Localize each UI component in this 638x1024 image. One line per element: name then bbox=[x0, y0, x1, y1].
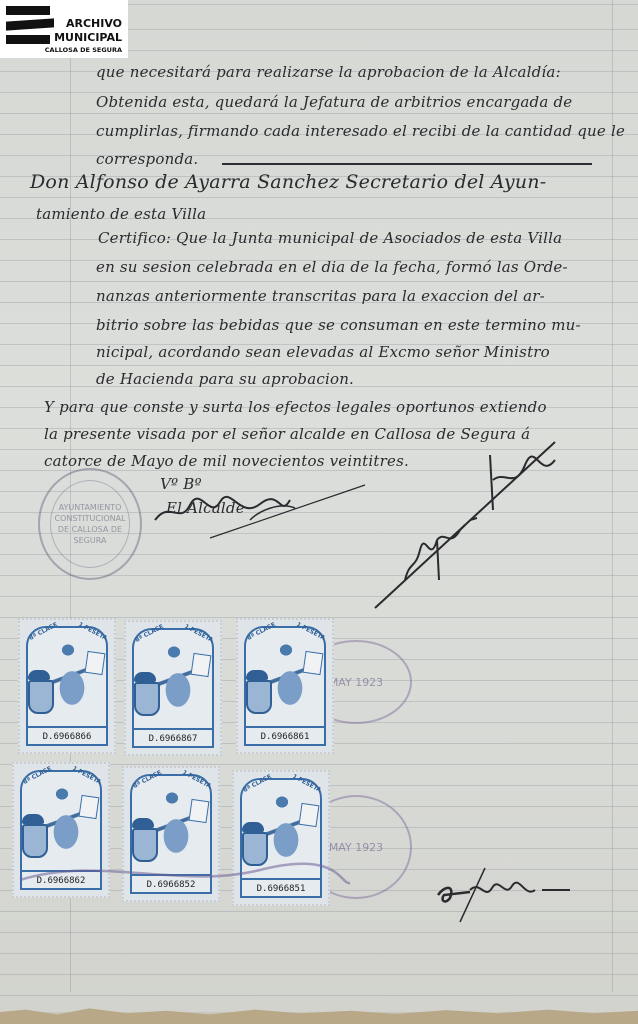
postmark-text: MAY 1923 bbox=[329, 676, 383, 689]
bottom-signature-icon bbox=[430, 860, 580, 925]
book-icon bbox=[189, 799, 210, 823]
municipal-seal: AYUNTAMIENTO CONSTITUCIONAL DE CALLOSA D… bbox=[38, 468, 142, 580]
mayor-signature-icon bbox=[150, 480, 370, 550]
coat-of-arms-icon bbox=[246, 680, 272, 714]
logo-subtitle: CALLOSA DE SEGURA bbox=[45, 46, 122, 54]
logo-bar-icon bbox=[6, 18, 54, 30]
book-icon bbox=[191, 653, 212, 677]
text-line: Obtenida esta, quedará la Jefatura de ar… bbox=[96, 92, 572, 113]
coat-of-arms-icon bbox=[22, 824, 48, 858]
book-icon bbox=[303, 651, 324, 675]
coat-of-arms-icon bbox=[28, 680, 54, 714]
stamp-serial: D.6966866 bbox=[26, 726, 108, 746]
crown-icon bbox=[134, 672, 156, 682]
logo-title-archivo: ARCHIVO bbox=[66, 17, 122, 30]
certify-line: de Hacienda para su aprobacion. bbox=[96, 369, 354, 390]
logo-bar-icon bbox=[6, 35, 50, 44]
stamp-serial: D.6966861 bbox=[244, 726, 326, 746]
text-line: que necesitará para realizarse la aproba… bbox=[96, 62, 561, 83]
crown-icon bbox=[28, 670, 50, 680]
book-icon bbox=[79, 795, 100, 819]
heading-line: Don Alfonso de Ayarra Sanchez Secretario… bbox=[30, 172, 546, 193]
cancel-stroke-icon bbox=[20, 855, 350, 895]
certify-line: nanzas anteriormente transcritas para la… bbox=[96, 286, 545, 307]
archive-logo: ARCHIVO MUNICIPAL CALLOSA DE SEGURA bbox=[0, 0, 128, 58]
fiscal-stamp: 8ª CLASE 1 PESETA D.6966867 bbox=[124, 620, 222, 756]
logo-title-municipal: MUNICIPAL bbox=[54, 31, 122, 44]
book-icon bbox=[299, 803, 320, 827]
closing-line: Y para que conste y surta los efectos le… bbox=[44, 397, 547, 418]
crown-icon bbox=[242, 822, 264, 832]
crown-icon bbox=[132, 818, 154, 828]
crown-icon bbox=[246, 670, 268, 680]
logo-bar-icon bbox=[6, 6, 50, 15]
secretary-signature-icon bbox=[365, 430, 565, 615]
coat-of-arms-icon bbox=[134, 682, 160, 716]
crown-icon bbox=[22, 814, 44, 824]
postmark-text: MAY 1923 bbox=[329, 841, 383, 854]
margin-rule bbox=[612, 0, 613, 992]
certify-line: nicipal, acordando sean elevadas al Excm… bbox=[96, 342, 550, 363]
certify-line: en su sesion celebrada en el dia de la f… bbox=[96, 257, 568, 278]
certify-line: bitrio sobre las bebidas que se consuman… bbox=[96, 315, 581, 336]
seal-text: AYUNTAMIENTO CONSTITUCIONAL DE CALLOSA D… bbox=[50, 502, 130, 546]
certify-line: Certifico: Que la Junta municipal de Aso… bbox=[98, 228, 562, 249]
book-icon bbox=[85, 651, 106, 675]
text-line: corresponda. bbox=[96, 149, 198, 170]
fiscal-stamp: 8ª CLASE 1 PESETA D.6966861 bbox=[236, 618, 334, 754]
heading-line: tamiento de esta Villa bbox=[36, 204, 206, 225]
text-line: cumplirlas, firmando cada interesado el … bbox=[96, 121, 625, 142]
stamp-serial: D.6966867 bbox=[132, 728, 214, 748]
fiscal-stamp: 8ª CLASE 1 PESETA D.6966866 bbox=[18, 618, 116, 754]
fill-line bbox=[222, 163, 592, 165]
